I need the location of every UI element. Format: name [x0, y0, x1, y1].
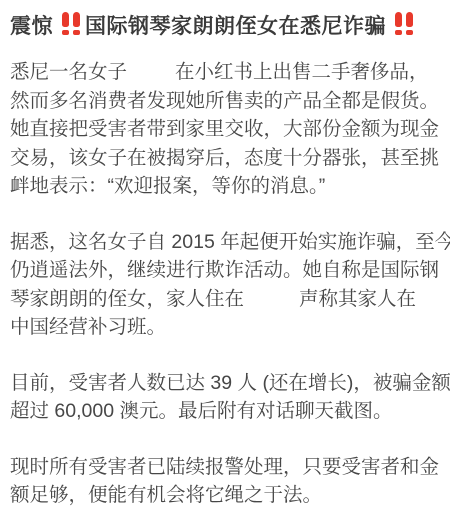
paragraph-intro: 悉尼一名女子在小红书上出售二手奢侈品， 然而多名消费者发现她所售卖的产品全都是假…	[10, 58, 440, 201]
text-line: 中国经营补习班。	[10, 313, 440, 342]
paragraph-callout: 现时所有受害者已陆续报警处理，只要受害者和金 额足够，便能有机会将它绳之于法。	[10, 453, 440, 510]
paragraph-background: 据悉，这名女子自 2015 年起便开始实施诈骗，至今 仍逍遥法外，继续进行欺诈活…	[10, 228, 440, 342]
text-line: 目前，受害者人数已达 39 人 (还在增长)，被骗金额	[10, 369, 440, 398]
scam-warning-post: 震惊国际钢琴家朗朗侄女在悉尼诈骗 悉尼一名女子在小红书上出售二手奢侈品， 然而多…	[0, 0, 450, 520]
double-exclamation-icon	[393, 12, 415, 35]
redacted-name-gap	[127, 77, 175, 78]
text-segment: 悉尼一名女子	[10, 61, 127, 83]
text-line: 琴家朗朗的侄女，家人住在声称其家人在	[10, 285, 440, 314]
text-segment: 琴家朗朗的侄女，家人住在	[10, 288, 244, 310]
title-main: 国际钢琴家朗朗侄女在悉尼诈骗	[85, 15, 386, 38]
text-line: 仍逍遥法外，继续进行欺诈活动。她自称是国际钢	[10, 256, 440, 285]
redacted-location-gap	[244, 304, 299, 305]
text-line: 额足够，便能有机会将它绳之于法。	[10, 481, 440, 510]
text-line: 超过 60,000 澳元。最后附有对话聊天截图。	[10, 397, 440, 426]
text-line: 然而多名消费者发现她所售卖的产品全都是假货。	[10, 87, 440, 116]
post-title: 震惊国际钢琴家朗朗侄女在悉尼诈骗	[10, 12, 440, 42]
text-segment: 声称其家人在	[299, 288, 416, 310]
double-exclamation-icon	[60, 12, 82, 35]
text-line: 现时所有受害者已陆续报警处理，只要受害者和金	[10, 453, 440, 482]
text-line: 她直接把受害者带到家里交收，大部份金额为现金	[10, 115, 440, 144]
text-line: 衅地表示：“欢迎报案，等你的消息。”	[10, 172, 440, 201]
text-line: 交易，该女子在被揭穿后，态度十分器张，甚至挑	[10, 144, 440, 173]
paragraph-victims: 目前，受害者人数已达 39 人 (还在增长)，被骗金额 超过 60,000 澳元…	[10, 369, 440, 426]
text-segment: 在小红书上出售二手奢侈品，	[175, 61, 429, 83]
text-line: 据悉，这名女子自 2015 年起便开始实施诈骗，至今	[10, 228, 440, 257]
text-line: 悉尼一名女子在小红书上出售二手奢侈品，	[10, 58, 440, 87]
title-prefix: 震惊	[10, 15, 53, 38]
